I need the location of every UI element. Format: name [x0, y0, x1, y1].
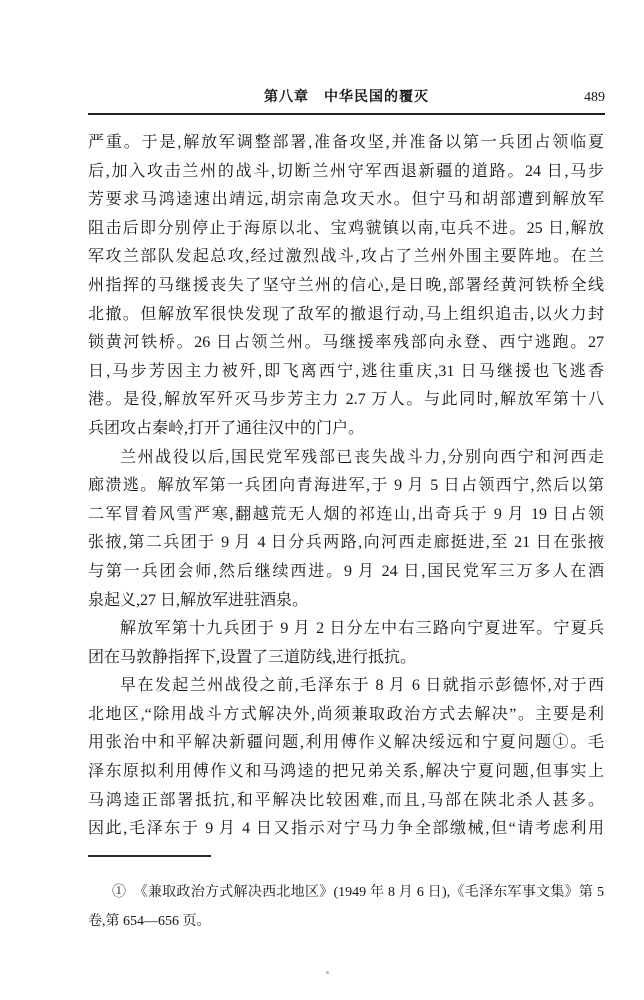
text-line: 兵团攻占秦岭,打开了通往汉中的门户。 [88, 415, 604, 444]
text-line: 日,马步芳因主力被歼,即飞离西宁,逃往重庆,31 日马继援也飞逃香 [88, 358, 604, 387]
running-head-chapter-title: 第八章 中华民国的覆灭 [88, 87, 605, 109]
text-line: 廊溃逃。解放军第一兵团向青海进军,于 9 月 5 日占领西宁,然后以第 [88, 472, 604, 501]
text-line: 二军冒着风雪严寒,翻越荒无人烟的祁连山,出奇兵于 9 月 19 日占领 [88, 501, 604, 530]
text-line: 北地区,“除用战斗方式解决外,尚须兼取政治方式去解决”。主要是利 [88, 701, 604, 730]
text-line: 后,加入攻击兰州的战斗,切断兰州守军西退新疆的道路。24 日,马步 [88, 158, 604, 187]
book-page: 第八章 中华民国的覆灭 489 严重。于是,解放军调整部署,准备攻坚,并准备以第… [0, 0, 644, 1000]
text-line: 泽东原拟利用傅作义和马鸿逵的把兄弟关系,解决宁夏问题,但事实上 [88, 758, 604, 787]
page-number: 489 [584, 87, 605, 109]
footnote: ① 《兼取政治方式解决西北地区》(1949 年 8 月 6 日),《毛泽东军事文… [88, 878, 604, 936]
footnote-separator [88, 855, 211, 857]
text-line: 港。是役,解放军歼灭马步芳主力 2.7 万人。与此同时,解放军第十八 [88, 386, 604, 415]
text-line: 用张治中和平解决新疆问题,利用傅作义解决绥远和宁夏问题①。毛 [88, 729, 604, 758]
text-line: 因此,毛泽东于 9 月 4 日又指示对宁马力争全部缴械,但“请考虑利用 [88, 815, 604, 844]
text-line: 严重。于是,解放军调整部署,准备攻坚,并准备以第一兵团占领临夏 [88, 129, 604, 158]
print-artifact-dot [326, 971, 329, 974]
text-line: 芳要求马鸿逵速出靖远,胡宗南急攻天水。但宁马和胡部遭到解放军 [88, 186, 604, 215]
text-line: ① 《兼取政治方式解决西北地区》(1949 年 8 月 6 日),《毛泽东军事文… [88, 878, 604, 907]
text-line: 阻击后即分别停止于海原以北、宝鸡虢镇以南,屯兵不进。25 日,解放 [88, 215, 604, 244]
text-line: 兰州战役以后,国民党军残部已丧失战斗力,分别向西宁和河西走 [88, 444, 604, 473]
text-line: 锁黄河铁桥。26 日占领兰州。马继援率残部向永登、西宁逃跑。27 [88, 329, 604, 358]
text-line: 马鸿逵正部署抵抗,和平解决比较困难,而且,马部在陕北杀人甚多。 [88, 787, 604, 816]
text-line: 州指挥的马继援丧失了坚守兰州的信心,是日晚,部署经黄河铁桥全线 [88, 272, 604, 301]
text-line: 张掖,第二兵团于 9 月 4 日分兵两路,向河西走廊挺进,至 21 日在张掖 [88, 529, 604, 558]
body-text: 严重。于是,解放军调整部署,准备攻坚,并准备以第一兵团占领临夏后,加入攻击兰州的… [88, 129, 604, 844]
header-rule [88, 113, 605, 115]
text-line: 泉起义,27 日,解放军进驻酒泉。 [88, 587, 604, 616]
text-line: 与第一兵团会师,然后继续西进。9 月 24 日,国民党军三万多人在酒 [88, 558, 604, 587]
text-line: 解放军第十九兵团于 9 月 2 日分左中右三路向宁夏进军。宁夏兵 [88, 615, 604, 644]
text-line: 军攻兰部队发起总攻,经过激烈战斗,攻占了兰州外围主要阵地。在兰 [88, 243, 604, 272]
running-head: 第八章 中华民国的覆灭 489 [88, 87, 605, 109]
text-line: 团在马敦静指挥下,设置了三道防线,进行抵抗。 [88, 644, 604, 673]
text-line: 北撤。但解放军很快发现了敌军的撤退行动,马上组织追击,以火力封 [88, 301, 604, 330]
text-line: 卷,第 654—656 页。 [88, 907, 604, 936]
text-line: 早在发起兰州战役之前,毛泽东于 8 月 6 日就指示彭德怀,对于西 [88, 672, 604, 701]
